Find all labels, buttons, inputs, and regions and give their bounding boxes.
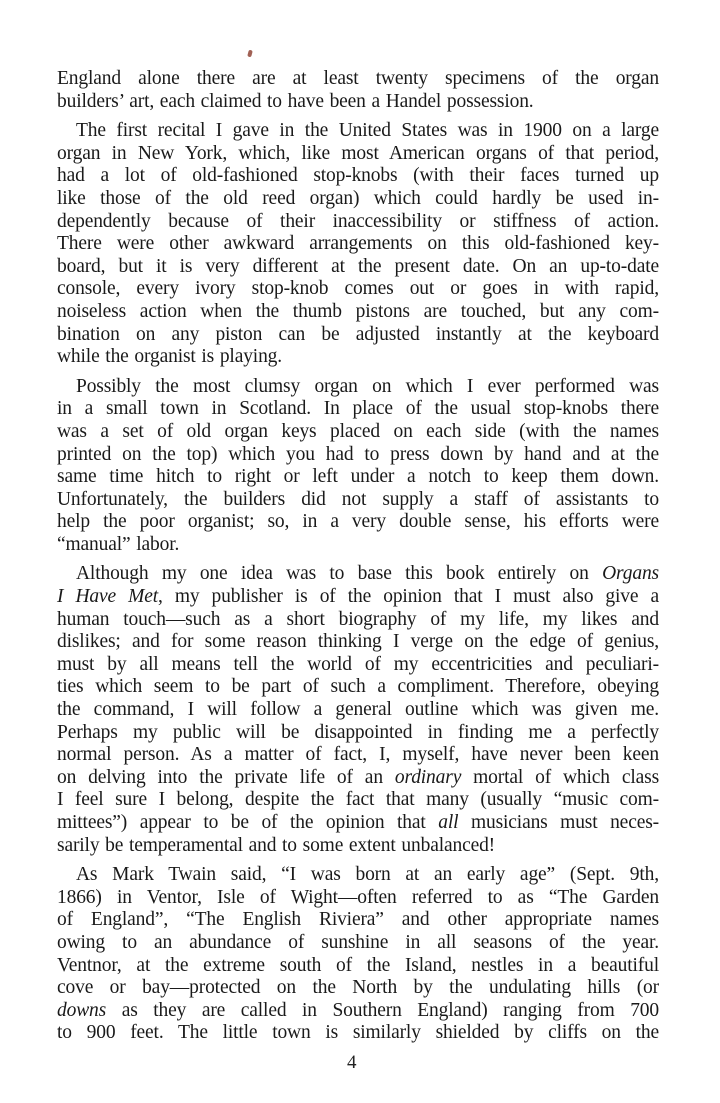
text-line: 1866) in Ventor, Isle of Wight—often ref…	[57, 887, 659, 910]
text-line: mittees”) appear to be of the opinion th…	[57, 812, 659, 835]
text-line: in a small town in Scotland. In place of…	[57, 398, 659, 421]
text-line: normal person. As a matter of fact, I, m…	[57, 744, 659, 767]
page-number: 4	[347, 1052, 357, 1074]
text-line: England alone there are at least twenty …	[57, 68, 659, 91]
text-line: The first recital I gave in the United S…	[57, 120, 659, 143]
text-line: while the organist is playing.	[57, 346, 659, 369]
paragraph: Possibly the most clumsy organ on which …	[57, 376, 659, 557]
text-line: Although my one idea was to base this bo…	[57, 563, 659, 586]
text-line: must by all means tell the world of my e…	[57, 654, 659, 677]
paragraph: As Mark Twain said, “I was born at an ea…	[57, 864, 659, 1045]
text-line: noiseless action when the thumb pistons …	[57, 301, 659, 324]
page-body: England alone there are at least twenty …	[57, 68, 659, 1052]
text-line: on delving into the private life of an o…	[57, 767, 659, 790]
text-line: help the poor organist; so, in a very do…	[57, 511, 659, 534]
text-line: There were other awkward arrangements on…	[57, 233, 659, 256]
text-line: dependently because of their inaccessibi…	[57, 211, 659, 234]
text-line: dislikes; and for some reason thinking I…	[57, 631, 659, 654]
text-line: owing to an abundance of sunshine in all…	[57, 932, 659, 955]
text-line: printed on the top) which you had to pre…	[57, 444, 659, 467]
text-line: Unfortunately, the builders did not supp…	[57, 489, 659, 512]
text-line: like those of the old reed organ) which …	[57, 188, 659, 211]
text-line: downs as they are called in Southern Eng…	[57, 1000, 659, 1023]
scan-mark	[247, 50, 253, 58]
text-line: builders’ art, each claimed to have been…	[57, 91, 659, 114]
text-line: to 900 feet. The little town is similarl…	[57, 1022, 659, 1045]
text-line: I feel sure I belong, despite the fact t…	[57, 789, 659, 812]
text-line: human touch—such as a short biography of…	[57, 609, 659, 632]
text-line: had a lot of old-fashioned stop-knobs (w…	[57, 165, 659, 188]
text-line: cove or bay—protected on the North by th…	[57, 977, 659, 1000]
paragraph: England alone there are at least twenty …	[57, 68, 659, 113]
text-line: Possibly the most clumsy organ on which …	[57, 376, 659, 399]
text-line: Perhaps my public will be disappointed i…	[57, 722, 659, 745]
text-line: sarily be temperamental and to some exte…	[57, 835, 659, 858]
text-line: was a set of old organ keys placed on ea…	[57, 421, 659, 444]
text-line: I Have Met, my publisher is of the opini…	[57, 586, 659, 609]
text-line: console, every ivory stop-knob comes out…	[57, 278, 659, 301]
text-line: bination on any piston can be adjusted i…	[57, 324, 659, 347]
text-line: of England”, “The English Riviera” and o…	[57, 909, 659, 932]
text-line: ties which seem to be part of such a com…	[57, 676, 659, 699]
paragraph: Although my one idea was to base this bo…	[57, 563, 659, 857]
paragraph: The first recital I gave in the United S…	[57, 120, 659, 369]
text-line: the command, I will follow a general out…	[57, 699, 659, 722]
text-line: same time hitch to right or left under a…	[57, 466, 659, 489]
text-line: Ventnor, at the extreme south of the Isl…	[57, 955, 659, 978]
text-line: organ in New York, which, like most Amer…	[57, 143, 659, 166]
text-line: board, but it is very different at the p…	[57, 256, 659, 279]
text-line: As Mark Twain said, “I was born at an ea…	[57, 864, 659, 887]
text-line: “manual” labor.	[57, 534, 659, 557]
